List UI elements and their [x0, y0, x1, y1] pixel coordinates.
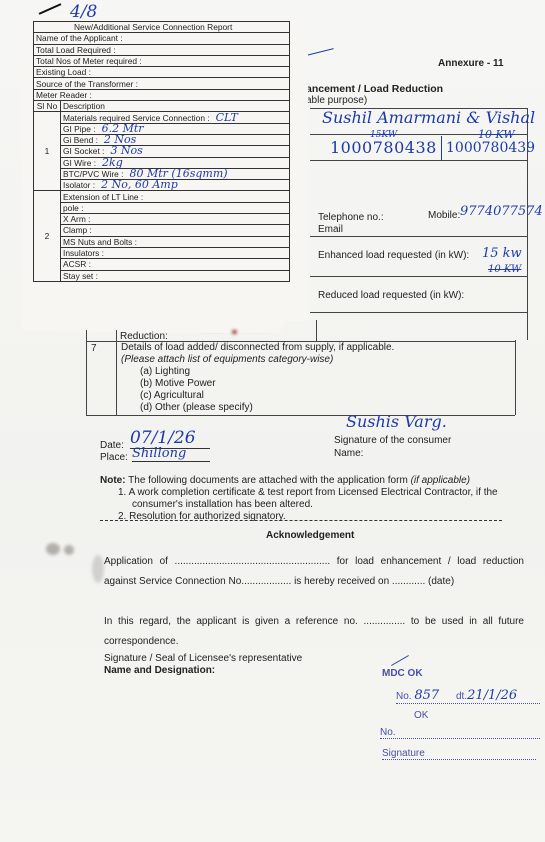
section7-number: 7 — [91, 343, 97, 354]
name-designation-label: Name and Designation: — [104, 665, 215, 676]
acknowledgement-title: Acknowledgement — [266, 530, 354, 541]
section7-content: Details of load added/ disconnected from… — [121, 342, 511, 414]
material-row: GI Socket :3 Nos — [61, 146, 290, 157]
tick-mark — [391, 655, 409, 666]
service-connection-report-table: New/Additional Service Connection Report… — [33, 21, 290, 282]
material-row: GI Pipe :6.2 Mtr — [61, 123, 290, 134]
connection-1-service-no: 1000780438 — [330, 138, 437, 157]
report-field: Total Load Required : — [34, 44, 290, 55]
enhanced-load-label: Enhanced load requested (in kW): — [318, 250, 469, 261]
form-line — [310, 160, 527, 161]
lt-line-row: MS Nuts and Bolts : — [61, 236, 290, 247]
lt-line-row: Clamp : — [61, 225, 290, 236]
mobile-value: 9774077574 — [460, 204, 543, 219]
separator-dashed — [100, 520, 502, 521]
category-agricultural: (c) Agricultural — [140, 390, 511, 402]
header-sl-no: Sl No — [34, 101, 61, 112]
lt-line-row: ACSR : — [61, 259, 290, 270]
place-label: Place: — [100, 452, 128, 463]
mobile-label: Mobile: — [428, 210, 460, 221]
lt-line-row: Stay set : — [61, 270, 290, 281]
category-other: (d) Other (please specify) — [140, 402, 511, 414]
stamp-mdc-ok: MDC OK — [382, 668, 423, 679]
note-heading: Note: The following documents are attach… — [100, 475, 530, 487]
stamp-no-line: No. — [380, 727, 540, 739]
consumer-name-handwritten: Sushil Amarmani & Vishal — [322, 108, 535, 127]
acknowledgement-text-1: Application of .........................… — [104, 552, 524, 592]
reduced-load-label: Reduced load requested (in kW): — [318, 290, 464, 301]
header-description: Description — [61, 101, 290, 112]
seal-label: Signature / Seal of Licensee's represent… — [104, 653, 302, 664]
group1-sl: 1 — [34, 112, 61, 191]
form-line — [515, 340, 516, 415]
stamp-signature-line: Signature — [382, 748, 536, 760]
lt-line-row: Insulators : — [61, 247, 290, 258]
ink-smudge — [64, 545, 74, 555]
material-row: Materials required Service Connection :C… — [61, 112, 290, 123]
place-value: Shillong — [132, 446, 210, 462]
report-field: Meter Reader : — [34, 89, 290, 100]
report-field: Existing Load : — [34, 67, 290, 78]
lt-line-row: X Arm : — [61, 214, 290, 225]
form-line — [86, 415, 515, 416]
consumer-signature: Sushis Varg. — [346, 412, 447, 431]
form-title: ancement / Load Reduction — [306, 83, 443, 95]
note-block: Note: The following documents are attach… — [100, 475, 530, 523]
material-row: Isolator :2 No, 60 Amp — [61, 180, 290, 191]
telephone-label: Telephone no.: — [318, 212, 384, 223]
section7-instruction: (Please attach list of equipments catego… — [121, 354, 511, 366]
material-row: Gi Bend :2 Nos — [61, 134, 290, 145]
form-line — [310, 312, 527, 313]
category-lighting: (a) Lighting — [140, 366, 511, 378]
pen-divider — [441, 136, 442, 160]
section7-title: Details of load added/ disconnected from… — [121, 342, 511, 354]
report-field: Source of the Transformer : — [34, 78, 290, 89]
scanned-document-page: Annexure - 11 ancement / Load Reduction … — [0, 0, 545, 842]
lt-line-row: pole : — [61, 202, 290, 213]
note-item-2: 2. Resolution for authorized signatory. — [114, 511, 530, 523]
folio-number: 4/8 — [70, 2, 97, 22]
form-line — [316, 320, 317, 342]
form-line — [310, 236, 527, 237]
date-label: Date: — [100, 440, 124, 451]
report-field: Total Nos of Meter required : — [34, 55, 290, 66]
group2-sl: 2 — [34, 191, 61, 281]
signature-label: Signature of the consumer — [334, 435, 451, 446]
enhanced-load-value-2: 10 KW — [488, 264, 521, 275]
ink-dot — [232, 330, 237, 334]
acknowledgement-text-2: In this regard, the applicant is given a… — [104, 612, 524, 652]
section7-items: (a) Lighting (b) Motive Power (c) Agricu… — [121, 366, 511, 414]
lt-line-row: Extension of LT Line : — [61, 191, 290, 202]
enhanced-load-value-1: 15 kw — [482, 246, 522, 261]
ink-smudge — [46, 543, 60, 555]
category-motive-power: (b) Motive Power — [140, 378, 511, 390]
form-line — [86, 330, 87, 415]
stamp-number-line: No. 857 dt.21/1/26 — [396, 688, 540, 704]
report-field: Name of the Applicant : — [34, 33, 290, 44]
annexure-label: Annexure - 11 — [438, 58, 504, 69]
name-label: Name: — [334, 448, 363, 459]
ink-smudge — [92, 555, 104, 583]
form-line — [116, 330, 117, 415]
note-item-1: 1. A work completion certificate & test … — [114, 487, 530, 511]
form-line — [310, 276, 527, 277]
form-subtitle: able purpose) — [306, 95, 367, 106]
reduction-label: Reduction: — [120, 331, 168, 342]
email-label: Email — [318, 224, 343, 235]
connection-2-service-no: 1000780439 — [446, 140, 535, 156]
stamp-ok: OK — [414, 710, 428, 721]
report-title: New/Additional Service Connection Report — [34, 22, 290, 33]
